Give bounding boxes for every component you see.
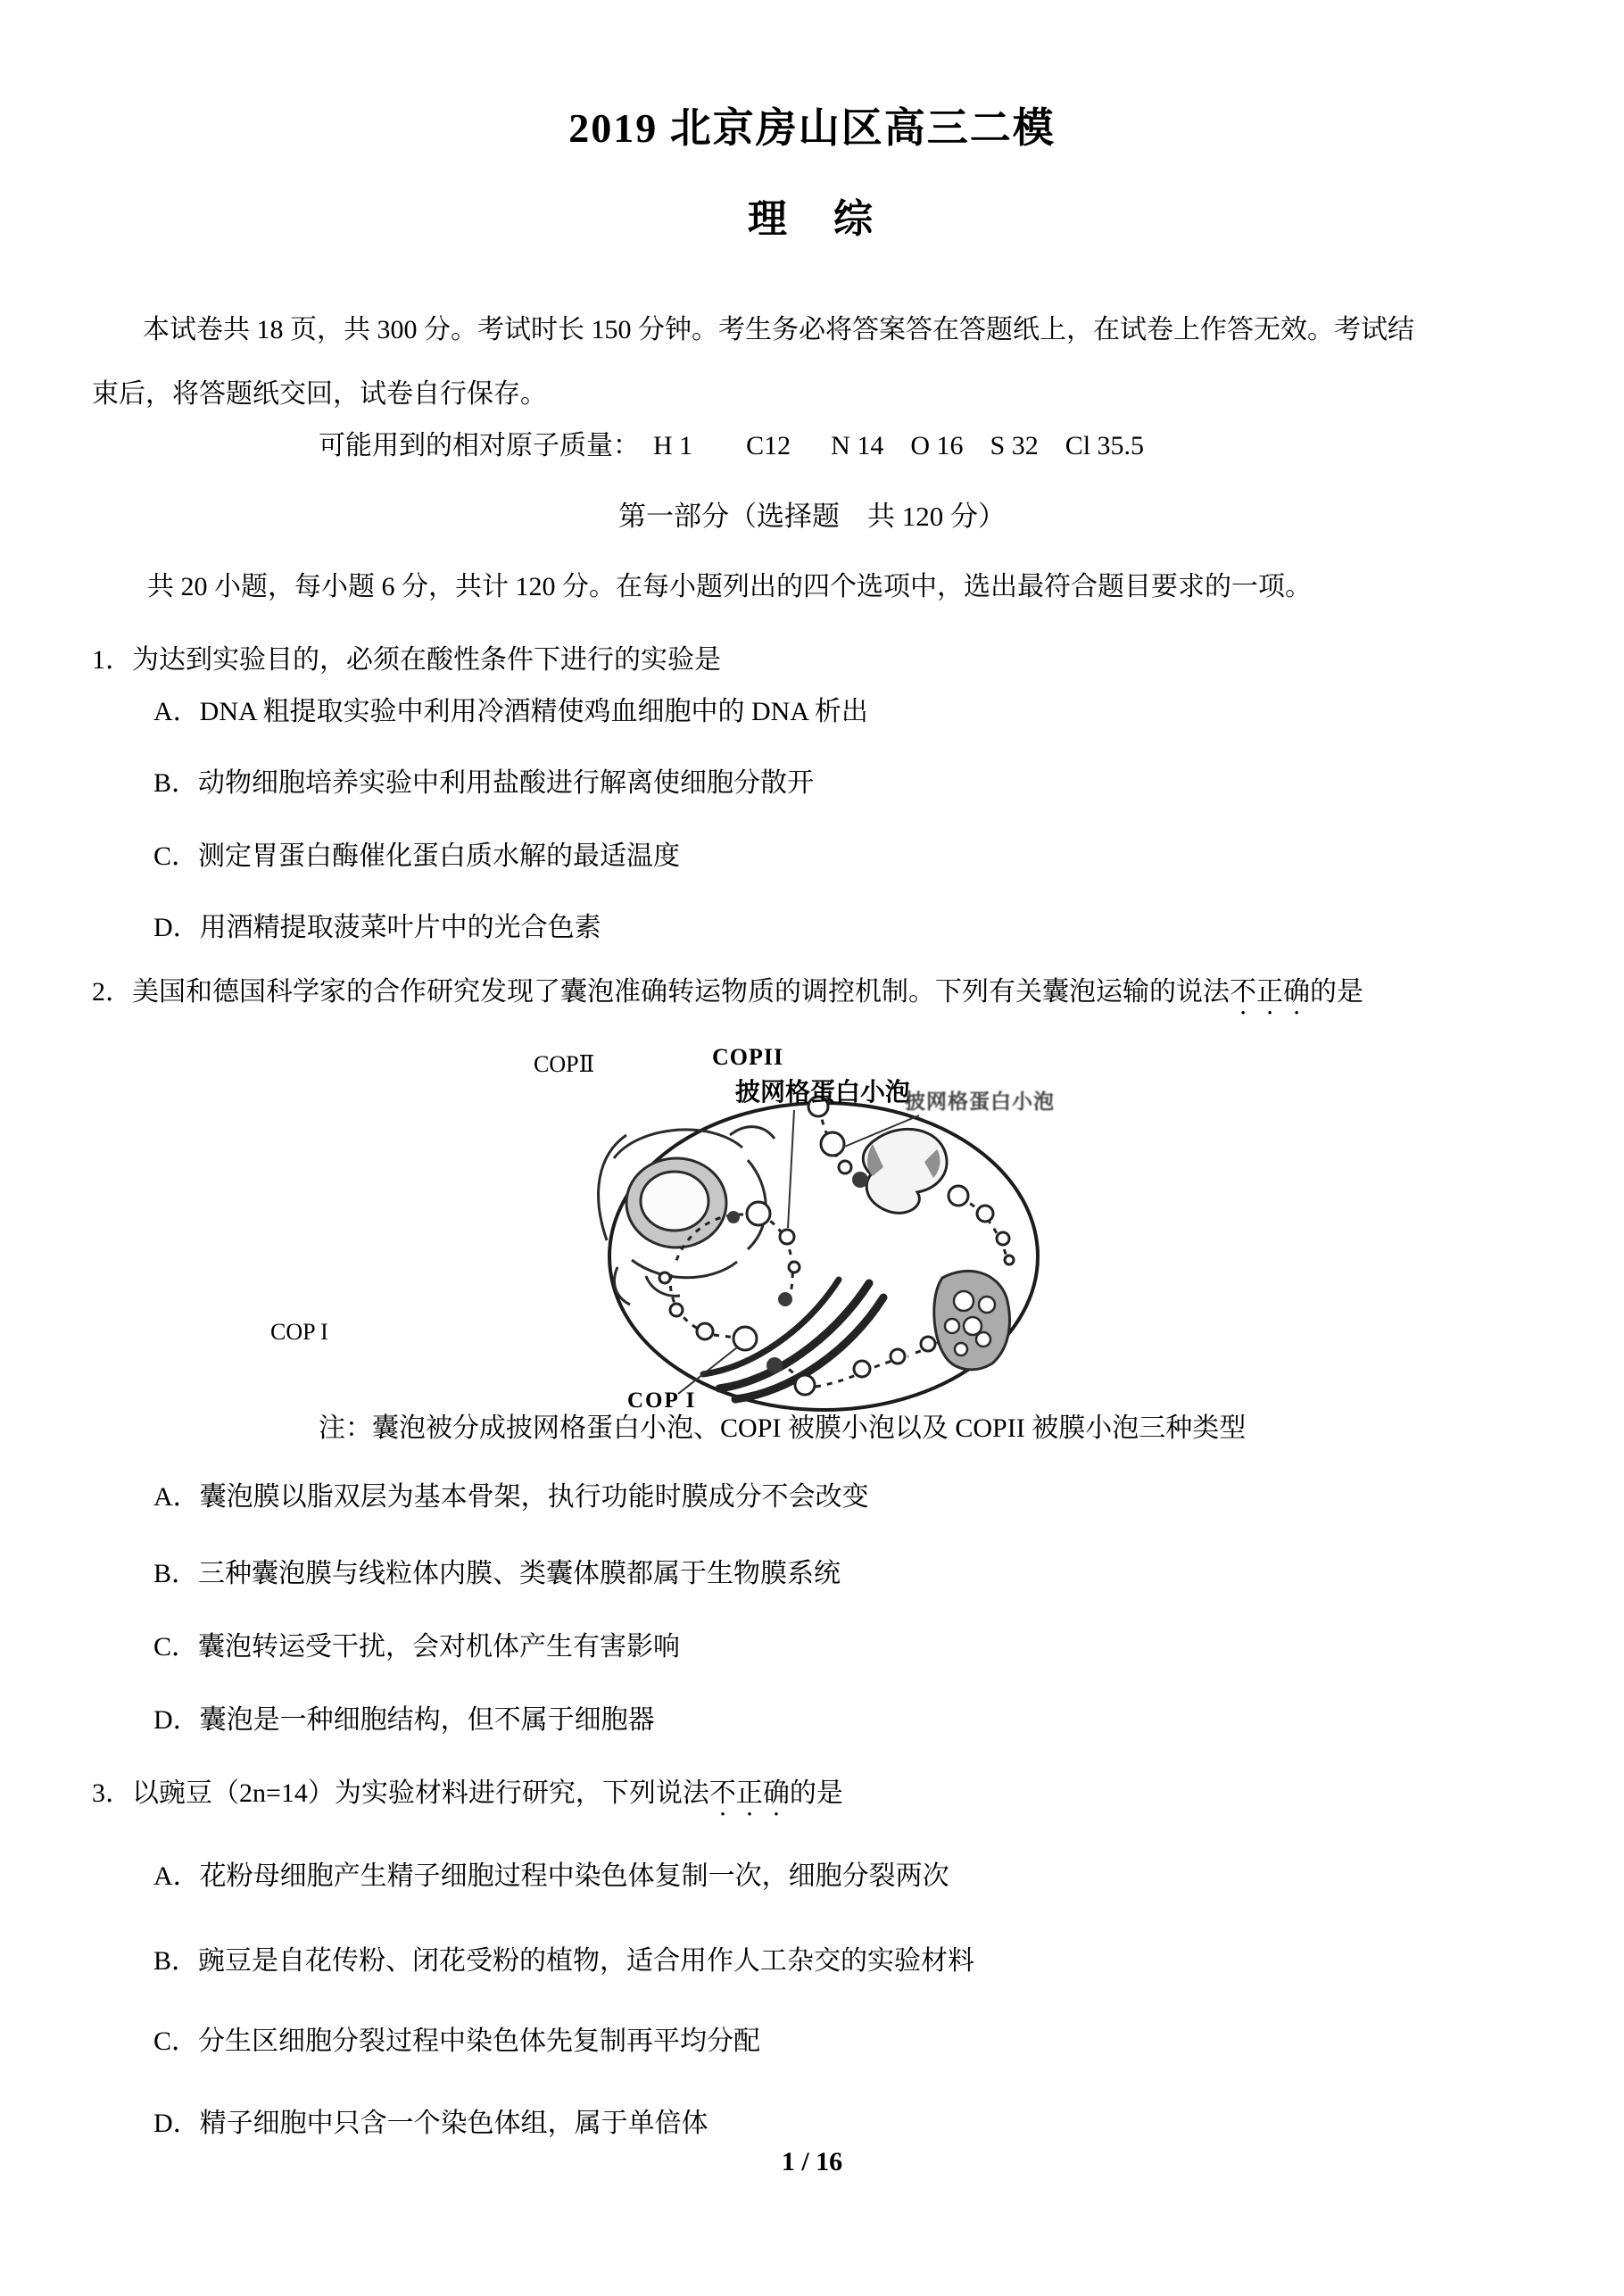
question-2-emphasized-text: 不正确 [1230, 977, 1310, 1007]
question-2-text-pre: 美国和德国科学家的合作研究发现了囊泡准确转运物质的调控机制。下列有关囊泡运输的说… [132, 977, 1230, 1007]
atomic-mass-line: 可能用到的相对原子质量： H 1 C12 N 14 O 16 S 32 Cl 3… [319, 430, 1144, 462]
question-3-option-d: D．精子细胞中只含一个染色体组，属于单倍体 [153, 2108, 708, 2140]
question-3-number: 3． [92, 1778, 132, 1808]
question-1-stem: 1．为达到实验目的，必须在酸性条件下进行的实验是 [92, 644, 721, 676]
question-1-option-c: C．测定胃蛋白酶催化蛋白质水解的最适温度 [153, 841, 680, 873]
question-3-text-post: 的是 [790, 1778, 843, 1808]
copi-label-drawn: COP I [627, 1388, 696, 1413]
copi-label-typed: COP I [270, 1319, 328, 1346]
exam-page: 2019 北京房山区高三二模 理 综 本试卷共 18 页，共 300 分。考试时… [0, 0, 1624, 2296]
question-1-option-b: B．动物细胞培养实验中利用盐酸进行解离使细胞分散开 [153, 767, 814, 800]
copii-label-drawn: COPII [712, 1044, 783, 1071]
question-2-text-post: 的是 [1310, 977, 1363, 1007]
figure-note: 注：囊泡被分成披网格蛋白小泡、COPI 被膜小泡以及 COPII 被膜小泡三种类… [319, 1413, 1246, 1445]
question-1-option-a: A．DNA 粗提取实验中利用冷酒精使鸡血细胞中的 DNA 析出 [153, 696, 868, 728]
intro-line-1: 本试卷共 18 页，共 300 分。考试时长 150 分钟。考生务必将答案答在答… [143, 314, 1414, 346]
page-title: 2019 北京房山区高三二模 [0, 104, 1624, 153]
question-3-text-pre: 以豌豆（2n=14）为实验材料进行研究，下列说法 [132, 1778, 709, 1808]
copii-label-typed: COPⅡ [534, 1051, 594, 1078]
question-2-option-b: B．三种囊泡膜与线粒体内膜、类囊体膜都属于生物膜系统 [153, 1558, 841, 1590]
question-2-figure: COPⅡ COPII 披网格蛋白小泡 披网格蛋白小泡 COP I COP I [259, 1044, 1115, 1437]
clathrin-vesicle-label-drawn: 披网格蛋白小泡 [905, 1085, 1055, 1115]
question-2-number: 2． [92, 977, 132, 1007]
subject-title: 理 综 [0, 196, 1624, 244]
question-2-option-c: C．囊泡转运受干扰，会对机体产生有害影响 [153, 1631, 680, 1663]
part-one-intro: 共 20 小题，每小题 6 分，共计 120 分。在每小题列出的四个选项中，选出… [147, 571, 1312, 603]
question-3-option-c: C．分生区细胞分裂过程中染色体先复制再平均分配 [153, 2026, 760, 2058]
question-2-stem: 2．美国和德国科学家的合作研究发现了囊泡准确转运物质的调控机制。下列有关囊泡运输… [92, 976, 1363, 1021]
question-2-option-d: D．囊泡是一种细胞结构，但不属于细胞器 [153, 1704, 655, 1737]
question-3-option-b: B．豌豆是自花传粉、闭花受粉的植物，适合用作人工杂交的实验材料 [153, 1945, 974, 1977]
question-2-option-a: A．囊泡膜以脂双层为基本骨架，执行功能时膜成分不会改变 [153, 1481, 869, 1513]
question-3-emphasized-text: 不正确 [709, 1778, 790, 1808]
question-3-option-a: A．花粉母细胞产生精子细胞过程中染色体复制一次，细胞分裂两次 [153, 1861, 949, 1893]
question-1-text: 为达到实验目的，必须在酸性条件下进行的实验是 [132, 645, 721, 675]
question-1-number: 1． [92, 645, 132, 675]
page-number: 1 / 16 [0, 2146, 1624, 2178]
part-one-header: 第一部分（选择题 共 120 分） [0, 500, 1624, 533]
question-3-stem: 3．以豌豆（2n=14）为实验材料进行研究，下列说法不正确的是 [92, 1778, 843, 1822]
intro-line-2: 束后，将答题纸交回，试卷自行保存。 [92, 378, 547, 410]
clathrin-vesicle-label-typed: 披网格蛋白小泡 [735, 1073, 910, 1108]
question-1-option-d: D．用酒精提取菠菜叶片中的光合色素 [153, 912, 601, 944]
